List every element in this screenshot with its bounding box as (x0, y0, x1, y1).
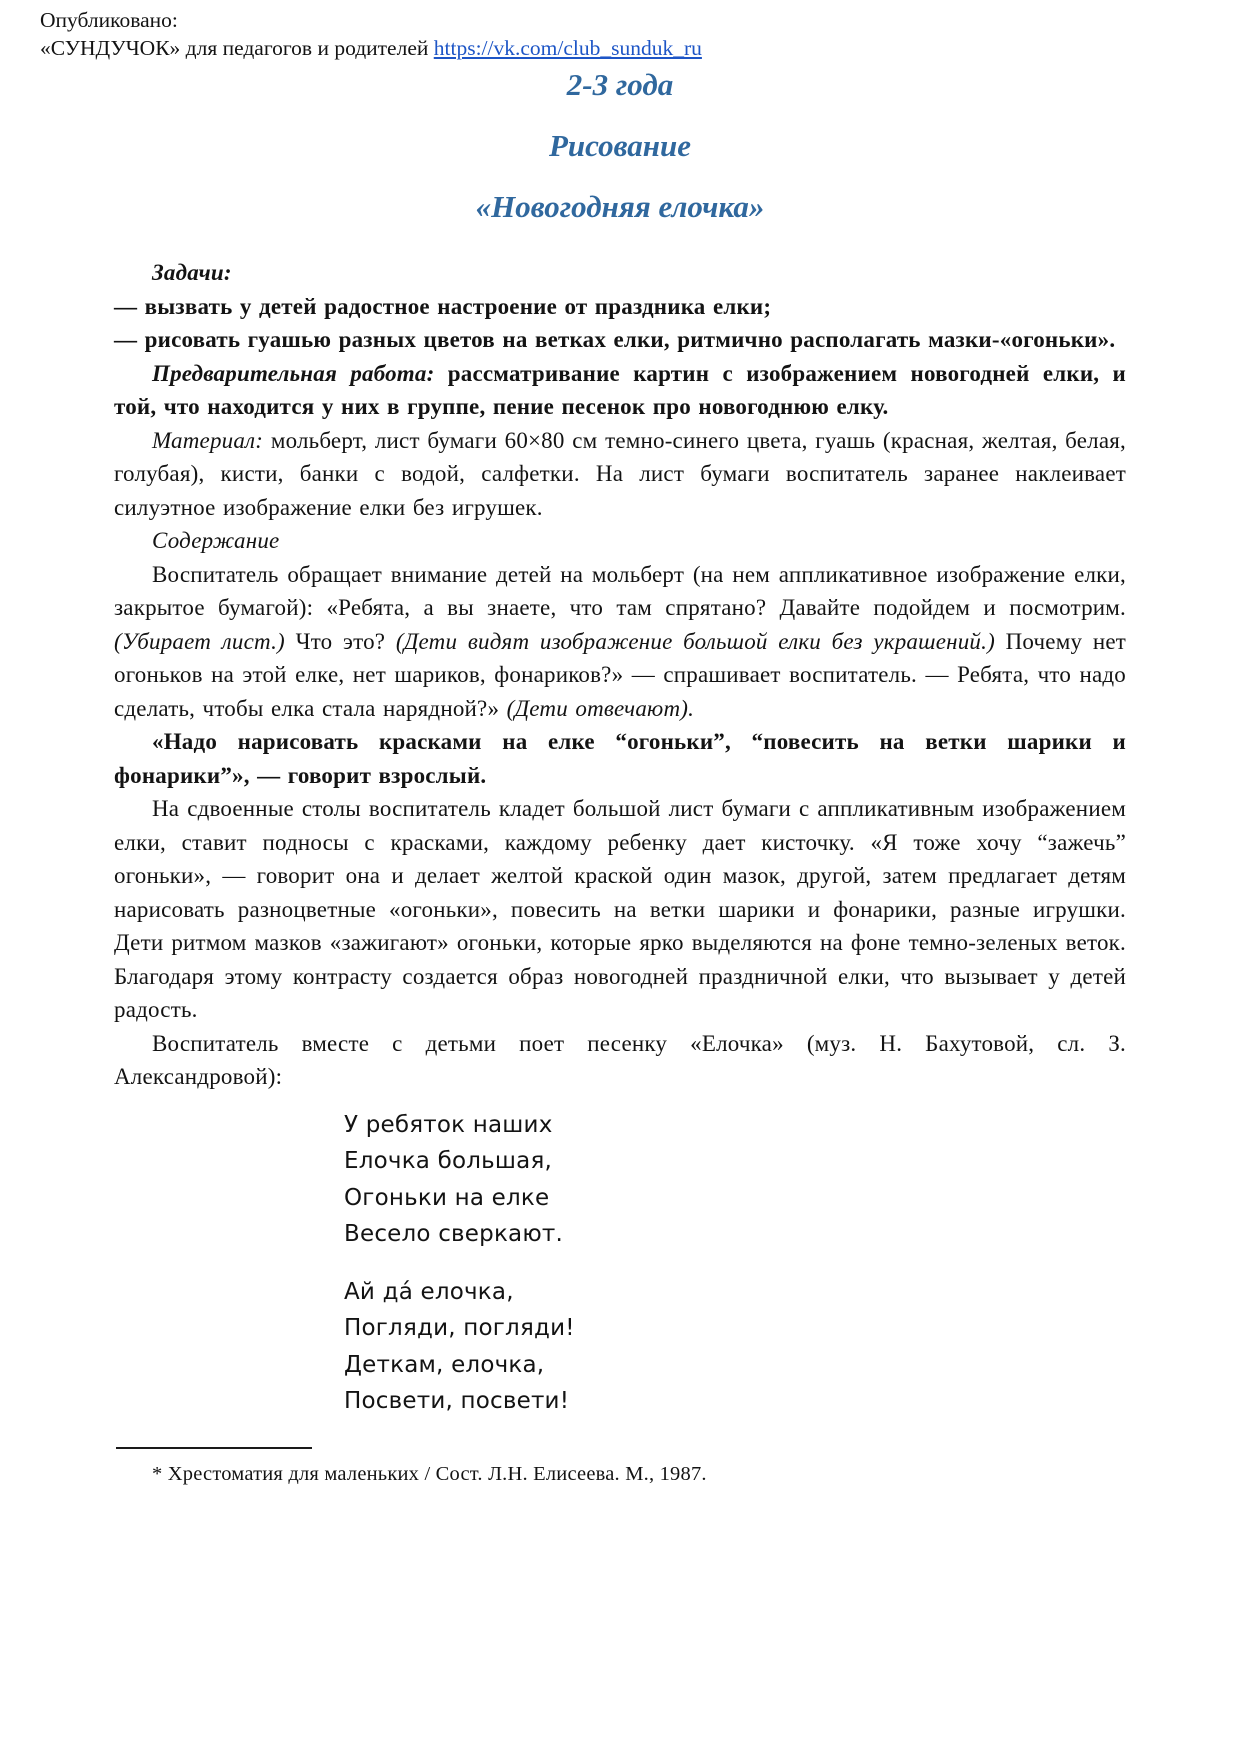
text-run: На сдвоенные столы воспитатель кладет бо… (114, 796, 1126, 1022)
text-run: Содержание (152, 528, 279, 553)
text-run: Воспитатель обращает внимание детей на м… (114, 562, 1126, 621)
footnote-text: * Хрестоматия для маленьких / Сост. Л.Н.… (114, 1461, 1126, 1488)
song-lyrics: У ребяток нашихЕлочка большая,Огоньки на… (344, 1107, 1126, 1420)
footnote-rule (116, 1447, 312, 1449)
activity-heading: Рисование (0, 127, 1240, 165)
lesson-title-heading: «Новогодняя елочка» (0, 188, 1240, 226)
text-run: Воспитатель вместе с детьми поет песенку… (114, 1031, 1126, 1090)
published-header: Опубликовано: «СУНДУЧОК» для педагогов и… (40, 6, 702, 62)
paragraph: Воспитатель обращает внимание детей на м… (114, 558, 1126, 726)
title-block: 2-3 года Рисование «Новогодняя елочка» (0, 66, 1240, 249)
text-run: Предварительная работа: (152, 361, 448, 386)
paragraph: — рисовать гуашью разных цветов на ветка… (114, 323, 1126, 357)
paragraph: Предварительная работа: рассматривание к… (114, 357, 1126, 424)
paragraph: Содержание (114, 524, 1126, 558)
poem-stanza: У ребяток нашихЕлочка большая,Огоньки на… (344, 1107, 1126, 1253)
footnote: * Хрестоматия для маленьких / Сост. Л.Н.… (114, 1447, 1126, 1488)
paragraph: «Надо нарисовать красками на елке “огонь… (114, 725, 1126, 792)
footnote-citation: Хрестоматия для маленьких / Сост. Л.Н. Е… (168, 1463, 707, 1485)
text-run: Материал: (152, 428, 271, 453)
poem-line: Весело сверкают. (344, 1216, 1126, 1253)
paragraph: Задачи: (114, 256, 1126, 290)
paragraph: На сдвоенные столы воспитатель кладет бо… (114, 792, 1126, 1027)
text-run: (Дети отвечают). (507, 696, 694, 721)
paragraph: Воспитатель вместе с детьми поет песенку… (114, 1027, 1126, 1094)
age-heading: 2-3 года (0, 66, 1240, 104)
text-run: «Надо нарисовать красками на елке “огонь… (114, 729, 1126, 788)
source-text: «СУНДУЧОК» для педагогов и родителей (40, 36, 434, 60)
text-run: Задачи: (152, 260, 232, 285)
paragraph: — вызвать у детей радостное настроение о… (114, 290, 1126, 324)
source-link[interactable]: https://vk.com/club_sunduk_ru (434, 36, 702, 60)
paragraphs-container: Задачи:— вызвать у детей радостное настр… (114, 256, 1126, 1094)
poem-line: Деткам, елочка, (344, 1347, 1126, 1384)
footnote-marker: * (152, 1463, 162, 1485)
poem-line: У ребяток наших (344, 1107, 1126, 1144)
poem-line: Огоньки на елке (344, 1180, 1126, 1217)
poem-line: Ай да́ елочка, (344, 1274, 1126, 1311)
paragraph: Материал: мольберт, лист бумаги 60×80 см… (114, 424, 1126, 525)
text-run: — рисовать гуашью разных цветов на ветка… (114, 327, 1115, 352)
poem-stanza: Ай да́ елочка,Погляди, погляди!Деткам, е… (344, 1274, 1126, 1420)
text-run: — вызвать у детей радостное настроение о… (114, 294, 771, 319)
document-page: Опубликовано: «СУНДУЧОК» для педагогов и… (0, 0, 1240, 1754)
text-run: (Дети видят изображение большой елки без… (396, 629, 995, 654)
poem-line: Елочка большая, (344, 1143, 1126, 1180)
published-label: Опубликовано: (40, 6, 702, 34)
text-run: Что это? (285, 629, 396, 654)
poem-line: Посвети, посвети! (344, 1383, 1126, 1420)
body-text: Задачи:— вызвать у детей радостное настр… (114, 256, 1126, 1488)
text-run: (Убирает лист.) (114, 629, 285, 654)
poem-line: Погляди, погляди! (344, 1310, 1126, 1347)
published-source-line: «СУНДУЧОК» для педагогов и родителей htt… (40, 34, 702, 62)
